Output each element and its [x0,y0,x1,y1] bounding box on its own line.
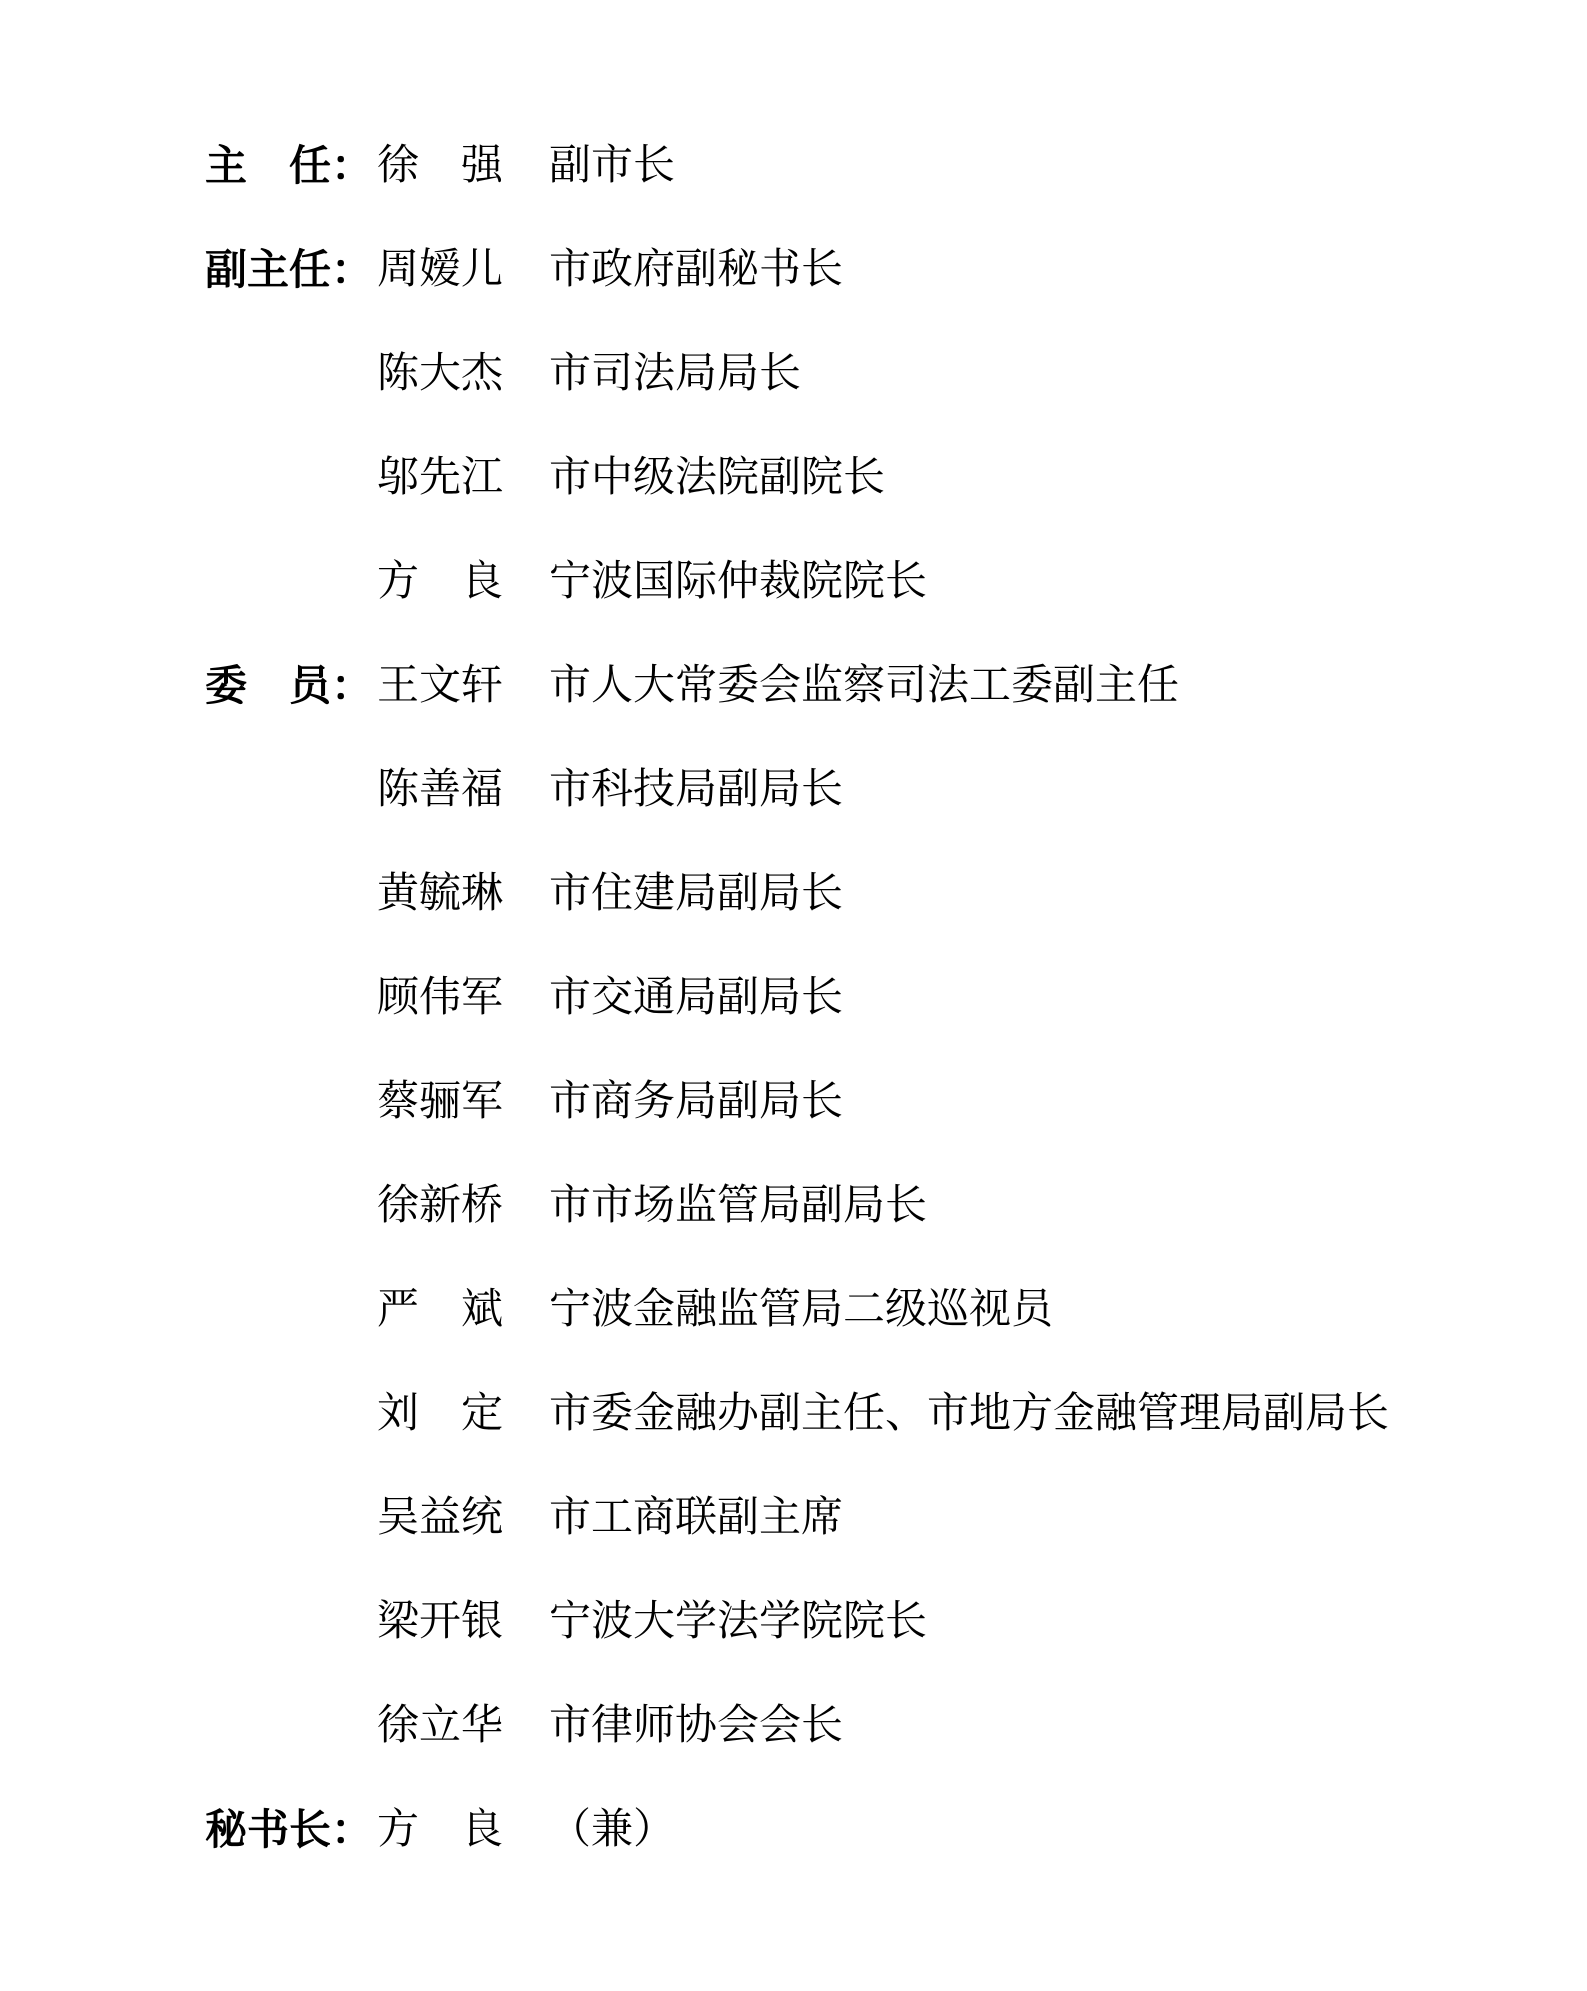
roster-row: 刘 定 市委金融办副主任、市地方金融管理局副局长 [205,1362,1547,1466]
member-name: 刘 定 [377,1393,509,1435]
committee-roster: 主 任： 徐 强 副市长 副主任： 周嫒儿 市政府副秘书长 陈大杰 市司法局局长… [205,114,1547,1882]
role-label: 秘书长： [205,1809,377,1851]
roster-row: 主 任： 徐 强 副市长 [205,114,1547,218]
member-title: 宁波金融监管局二级巡视员 [549,1289,1053,1331]
member-name: 蔡骊军 [377,1081,509,1123]
member-title: 市工商联副主席 [549,1497,843,1539]
roster-row: 徐新桥 市市场监管局副局长 [205,1154,1547,1258]
roster-row: 陈大杰 市司法局局长 [205,322,1547,426]
roster-row: 方 良 宁波国际仲裁院院长 [205,530,1547,634]
member-title: 市政府副秘书长 [549,249,843,291]
role-label: 主 任： [205,145,377,187]
roster-row: 蔡骊军 市商务局副局长 [205,1050,1547,1154]
roster-row: 顾伟军 市交通局副局长 [205,946,1547,1050]
roster-row: 徐立华 市律师协会会长 [205,1674,1547,1778]
member-name: 方 良 [377,1809,509,1851]
member-name: 徐立华 [377,1705,509,1747]
document-page: 主 任： 徐 强 副市长 副主任： 周嫒儿 市政府副秘书长 陈大杰 市司法局局长… [0,0,1587,1991]
member-name: 周嫒儿 [377,249,509,291]
member-name: 徐新桥 [377,1185,509,1227]
member-name: 陈大杰 [377,353,509,395]
roster-row: 严 斌 宁波金融监管局二级巡视员 [205,1258,1547,1362]
member-title: 宁波国际仲裁院院长 [549,561,927,603]
role-label: 副主任： [205,249,377,291]
member-title: 市人大常委会监察司法工委副主任 [549,665,1179,707]
member-name: 梁开银 [377,1601,509,1643]
role-label: 委 员： [205,665,377,707]
member-title: 市市场监管局副局长 [549,1185,927,1227]
member-title: 副市长 [549,145,675,187]
member-name: 王文轩 [377,665,509,707]
member-title: 市商务局副局长 [549,1081,843,1123]
roster-row: 陈善福 市科技局副局长 [205,738,1547,842]
member-title: 市律师协会会长 [549,1705,843,1747]
member-name: 方 良 [377,561,509,603]
roster-row: 副主任： 周嫒儿 市政府副秘书长 [205,218,1547,322]
member-name: 黄毓琳 [377,873,509,915]
member-name: 吴益统 [377,1497,509,1539]
roster-row: 秘书长： 方 良 （兼） [205,1778,1547,1882]
roster-row: 黄毓琳 市住建局副局长 [205,842,1547,946]
member-title: 市交通局副局长 [549,977,843,1019]
roster-row: 梁开银 宁波大学法学院院长 [205,1570,1547,1674]
member-title: （兼） [549,1809,675,1851]
member-name: 陈善福 [377,769,509,811]
member-title: 市司法局局长 [549,353,801,395]
member-name: 邬先江 [377,457,509,499]
member-title: 宁波大学法学院院长 [549,1601,927,1643]
member-title: 市住建局副局长 [549,873,843,915]
member-name: 顾伟军 [377,977,509,1019]
member-title: 市科技局副局长 [549,769,843,811]
member-name: 严 斌 [377,1289,509,1331]
member-name: 徐 强 [377,145,509,187]
roster-row: 委 员： 王文轩 市人大常委会监察司法工委副主任 [205,634,1547,738]
member-title: 市委金融办副主任、市地方金融管理局副局长 [549,1393,1389,1435]
roster-row: 吴益统 市工商联副主席 [205,1466,1547,1570]
roster-row: 邬先江 市中级法院副院长 [205,426,1547,530]
member-title: 市中级法院副院长 [549,457,885,499]
